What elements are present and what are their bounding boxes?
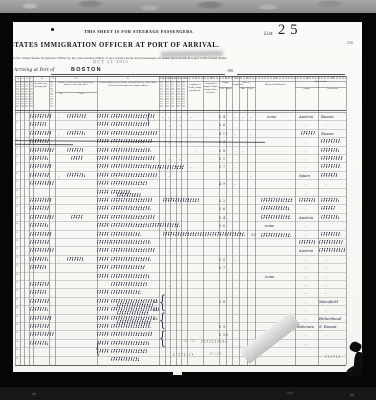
row-number: 13 [16, 215, 18, 217]
handwriting-scribble [30, 265, 46, 269]
header-fine-print [159, 77, 346, 78]
handwriting-scribble [71, 156, 83, 160]
table-row-line [15, 196, 346, 197]
ditto-mark: „ [234, 182, 236, 186]
table-row-line [15, 347, 346, 348]
ditto-mark: „ [305, 157, 307, 161]
handwritten-number: 5 1 [219, 157, 226, 161]
handwritten-number: 5 2 [219, 199, 226, 203]
handwriting-scribble [30, 248, 54, 252]
grouping-brace: { [95, 342, 100, 356]
handwriting-scribble [321, 232, 341, 236]
handwriting-scribble [97, 190, 109, 194]
ditto-mark: „ [305, 317, 307, 321]
handwriting-scribble [30, 232, 52, 236]
handwriting-scribble [111, 290, 141, 294]
table-row-line [15, 120, 346, 121]
table-row-line [15, 162, 346, 163]
ditto-mark: „ [173, 115, 175, 119]
handwriting-scribble [30, 332, 54, 336]
grouping-brace: { [159, 330, 166, 348]
handwriting-scribble [163, 198, 199, 202]
handwriting-scribble [111, 349, 147, 353]
handwritten-word: none [267, 114, 276, 119]
ditto-mark: „ [162, 132, 164, 136]
handwriting-scribble [97, 114, 109, 118]
row-number: 22 [16, 290, 18, 292]
ditto-mark: „ [305, 333, 307, 337]
table-row-line [15, 255, 346, 256]
pencil-note: 10 [183, 339, 187, 343]
handwriting-scribble [97, 265, 109, 269]
handwriting-scribble [299, 198, 315, 202]
handwriting-scribble [30, 173, 50, 177]
handwriting-scribble [67, 114, 87, 118]
header-label: Inches. [226, 88, 233, 91]
ditto-mark: „ [242, 115, 244, 119]
column-number: 21 [127, 77, 129, 80]
column-number: 20 [75, 77, 77, 80]
handwriting-scribble [111, 215, 155, 219]
table-row-line [15, 179, 346, 180]
table-header-line [15, 110, 346, 111]
ditto-mark: „ [305, 140, 307, 144]
header-label: Hair. [240, 88, 247, 91]
ditto-mark: „ [168, 249, 170, 253]
row-number: 14 [16, 223, 18, 225]
handwriting-scribble [97, 324, 109, 328]
table-row-line [15, 288, 346, 289]
table-column-line [346, 76, 347, 365]
column-number: 34 [332, 77, 334, 80]
header-vertical-text [25, 81, 29, 107]
handwriting-scribble [97, 156, 109, 160]
row-number: 7 [16, 164, 17, 166]
table-row-line [15, 263, 346, 264]
handwriting-scribble [111, 332, 153, 336]
row-number: 12 [16, 206, 18, 208]
handwritten-word: Spain [299, 173, 310, 178]
header-vertical-text [182, 81, 186, 107]
manifest-table: 1234567891011121314151617181920212223242… [13, 22, 362, 372]
handwriting-scribble [97, 307, 109, 311]
row-number: 26 [16, 324, 18, 326]
handwriting-scribble [301, 131, 315, 135]
ditto-mark: „ [58, 115, 60, 119]
handwriting-scribble [30, 122, 46, 126]
pencil-scribble [325, 355, 341, 358]
handwriting-scribble [163, 232, 245, 236]
handwriting-scribble [97, 223, 109, 227]
row-number: 10 [16, 190, 18, 192]
handwriting-scribble [111, 223, 149, 227]
handwriting-scribble [97, 232, 109, 236]
handwriting-scribble [97, 131, 109, 135]
header-vertical-text [16, 81, 20, 107]
header-label: No. [56, 93, 66, 96]
handwriting-scribble [111, 265, 145, 269]
handwriting-scribble [97, 164, 109, 168]
ditto-mark: „ [190, 115, 192, 119]
row-number: 18 [16, 257, 18, 259]
handwriting-scribble [111, 164, 151, 168]
column-number: 18 [41, 77, 43, 80]
handwriting-scribble [111, 232, 141, 236]
handwriting-scribble [321, 156, 343, 160]
ditto-mark: „ [325, 266, 327, 270]
handwriting-scribble [97, 248, 109, 252]
handwriting-scribble [111, 173, 157, 177]
handwriting-scribble [111, 357, 139, 361]
ditto-mark: „ [168, 157, 170, 161]
handwriting-scribble [299, 240, 315, 244]
ditto-mark: „ [234, 132, 236, 136]
handwriting-scribble [111, 131, 157, 135]
handwriting-scribble [97, 148, 109, 152]
handwriting-scribble [30, 290, 46, 294]
header-vertical-text [176, 81, 180, 107]
header-vertical-text [160, 81, 164, 107]
ditto-mark: „ [179, 123, 181, 127]
ditto-mark: „ [305, 300, 307, 304]
column-number: 29 [225, 77, 227, 80]
handwritten-word: none [265, 274, 274, 279]
ditto-mark: „ [196, 149, 198, 153]
handwritten-number: 5 8 [219, 300, 226, 304]
handwriting-scribble [30, 307, 48, 311]
handwritten-word: Austria [299, 215, 313, 220]
ditto-mark: „ [305, 182, 307, 186]
table-row-line [15, 129, 346, 130]
handwriting-scribble [97, 198, 109, 202]
handwriting-scribble [30, 198, 52, 202]
handwriting-scribble [319, 240, 343, 244]
handwritten-word: Birkenhead [319, 316, 341, 321]
handwritten-word: none [265, 223, 274, 228]
handwriting-scribble [30, 206, 50, 210]
handwriting-scribble [30, 181, 54, 185]
header-label: Color of — [240, 82, 255, 85]
handwriting-scribble [97, 215, 109, 219]
ditto-mark: „ [168, 115, 170, 119]
table-row-line [15, 146, 346, 147]
handwriting-scribble [321, 173, 337, 177]
ditto-mark: „ [305, 266, 307, 270]
handwritten-number: 5 10 [219, 333, 228, 337]
header-label: By whom was passage paid? [34, 83, 49, 89]
ditto-mark: „ [58, 149, 60, 153]
ditto-mark: „ [325, 182, 327, 186]
ditto-mark: „ [305, 149, 307, 153]
ditto-mark: „ [325, 258, 327, 262]
handwriting-scribble [30, 341, 48, 345]
handwritten-number: 5 7 [219, 266, 226, 270]
row-number: 2 [16, 122, 17, 124]
handwriting-scribble [30, 324, 50, 328]
handwriting-scribble [67, 148, 83, 152]
ditto-mark: „ [325, 291, 327, 295]
ditto-mark: „ [305, 233, 307, 237]
table-row-line [15, 230, 346, 231]
header-label: Deformed or crippled. Nature, length of … [204, 83, 219, 94]
column-number: 26 [184, 77, 186, 80]
column-number: 22 [161, 77, 163, 80]
pencil-note: 17 [191, 339, 195, 343]
table-row-line [15, 330, 346, 331]
handwriting-scribble [111, 282, 147, 286]
handwriting-scribble [97, 290, 109, 294]
ditto-mark: „ [58, 258, 60, 262]
handwriting-scribble [97, 332, 109, 336]
table-header-line [15, 365, 346, 366]
header-label: Feet. [220, 88, 226, 91]
table-row-line [15, 272, 346, 273]
table-row-line [15, 246, 346, 247]
header-vertical-text [29, 81, 33, 107]
row-number: 20 [16, 274, 18, 276]
handwriting-scribble [97, 299, 109, 303]
header-label: Complexion. [232, 84, 239, 87]
column-number: 33 [306, 77, 308, 80]
grouping-brace: { [146, 112, 151, 124]
header-label: Condition of health, mental and physical… [188, 84, 203, 93]
handwriting-scribble [71, 215, 83, 219]
ditto-mark: „ [250, 132, 252, 136]
handwriting-scribble [150, 223, 180, 227]
paper-notch [173, 371, 182, 375]
ditto-mark: „ [305, 308, 307, 312]
ditto-mark: „ [305, 191, 307, 195]
handwriting-scribble [321, 206, 335, 210]
ditto-mark: „ [325, 333, 327, 337]
ditto-mark: „ [305, 224, 307, 228]
row-number: 5 [16, 148, 17, 150]
handwriting-scribble [117, 311, 149, 315]
handwritten-number: 5 4 [219, 115, 226, 119]
handwriting-scribble [97, 257, 109, 261]
column-number: 23 [167, 77, 169, 80]
table-row-line [15, 297, 346, 298]
ditto-mark: „ [325, 123, 327, 127]
handwriting-scribble [30, 131, 52, 135]
column-number: 14 [17, 77, 19, 80]
header-vertical-text [171, 81, 175, 107]
handwritten-word: Mansfield [319, 299, 338, 304]
handwritten-number: 10 [251, 233, 256, 237]
row-number: 15 [16, 232, 18, 234]
header-vertical-text [20, 81, 24, 107]
row-number: 11 [16, 198, 18, 200]
header-label: Whether going to join a relative or frie… [99, 82, 157, 88]
row-number: 25 [16, 316, 18, 318]
ditto-mark: „ [234, 258, 236, 262]
handwritten-word: Austria [299, 114, 313, 119]
handwritten-number: 5 6 [219, 207, 226, 211]
ditto-mark: „ [305, 207, 307, 211]
handwriting-scribble [67, 131, 85, 135]
header-label: Country. [296, 88, 318, 91]
handwritten-number: 5 5 [219, 258, 226, 262]
handwriting-scribble [261, 206, 289, 210]
ditto-mark: „ [234, 165, 236, 169]
ditto-mark: „ [179, 157, 181, 161]
ditto-mark: „ [234, 115, 236, 119]
handwriting-scribble [30, 148, 54, 152]
row-number: 9 [16, 181, 17, 183]
handwriting-scribble [30, 257, 48, 261]
handwriting-scribble [30, 299, 50, 303]
row-number: 19 [16, 265, 18, 267]
handwriting-scribble [30, 223, 48, 227]
header-label: City or town. [319, 88, 347, 91]
ditto-mark: „ [234, 149, 236, 153]
row-number: 28 [16, 341, 18, 343]
ditto-mark: „ [325, 308, 327, 312]
ditto-mark: „ [305, 258, 307, 262]
handwriting-scribble [111, 240, 151, 244]
ditto-mark: „ [305, 291, 307, 295]
column-number: 16 [26, 77, 28, 80]
table-row-line [15, 188, 346, 189]
handwriting-scribble [97, 206, 109, 210]
handwriting-scribble [319, 248, 345, 252]
scan-bottom-edge [0, 387, 376, 400]
table-row-line [15, 314, 346, 315]
header-label: Eyes. [247, 88, 255, 91]
handwriting-scribble [111, 257, 151, 261]
ditto-mark: „ [305, 275, 307, 279]
row-number: 30 [16, 358, 18, 360]
handwriting-scribble [97, 122, 109, 126]
pencil-note: 27 | 28 [209, 352, 221, 356]
handwritten-number: 4 9 [219, 182, 226, 186]
pencil-scribble [173, 353, 193, 356]
row-number: 6 [16, 156, 17, 158]
handwritten-number: 5 0 [219, 224, 226, 228]
header-vertical-text [165, 81, 169, 107]
ditto-mark: „ [242, 149, 244, 153]
row-number: 16 [16, 240, 18, 242]
table-row-line [15, 204, 346, 205]
ditto-mark: „ [58, 132, 60, 136]
column-number: 30 [235, 77, 237, 80]
ditto-mark: „ [305, 165, 307, 169]
table-row-line [15, 221, 346, 222]
ditto-mark: „ [179, 115, 181, 119]
handwriting-scribble [30, 316, 52, 320]
handwritten-word: S. Russia [319, 324, 337, 329]
handwriting-scribble [30, 114, 52, 118]
handwriting-scribble [117, 193, 141, 197]
ditto-mark: „ [325, 275, 327, 279]
handwritten-number: 5 4 [219, 216, 226, 220]
handwritten-word: Austria [299, 248, 313, 253]
pencil-scribble [201, 340, 227, 343]
ditto-mark: „ [305, 283, 307, 287]
handwriting-scribble [261, 215, 291, 219]
handwriting-scribble [321, 198, 339, 202]
table-row-line [15, 154, 346, 155]
handwriting-scribble [67, 173, 85, 177]
table-row-line [15, 213, 346, 214]
column-number: 19 [52, 77, 54, 80]
handwriting-scribble [30, 240, 50, 244]
torn-paper-top-edge [0, 0, 376, 13]
ditto-mark: „ [325, 283, 327, 287]
handwritten-number: 5 7 [219, 165, 226, 169]
ditto-mark: „ [58, 174, 60, 178]
ditto-mark: „ [168, 283, 170, 287]
table-header-line [15, 112, 346, 113]
handwriting-scribble [111, 122, 149, 126]
table-row-line [15, 305, 346, 306]
handwritten-word: Russia [321, 114, 334, 119]
ditto-mark: „ [250, 115, 252, 119]
ditto-mark: „ [162, 115, 164, 119]
handwriting-scribble [30, 215, 54, 219]
handwritten-word: Russia [321, 131, 334, 136]
handwriting-scribble [321, 215, 339, 219]
handwritten-number: 4 11 [219, 132, 228, 136]
handwriting-scribble [111, 206, 151, 210]
handwriting-scribble [67, 257, 83, 261]
header-vertical-text [50, 81, 54, 107]
handwriting-scribble [150, 165, 184, 169]
column-number: 32 [275, 77, 277, 80]
ditto-mark: „ [250, 174, 252, 178]
column-number: 17 [30, 77, 32, 80]
scanned-manifest-page: THIS SHEET IS FOR STEERAGE PASSENGERS. L… [0, 0, 376, 400]
column-number: 28 [211, 77, 213, 80]
row-number: 8 [16, 173, 17, 175]
ditto-mark: „ [173, 132, 175, 136]
ditto-mark: „ [168, 174, 170, 178]
ditto-mark: „ [190, 132, 192, 136]
handwriting-scribble [97, 274, 109, 278]
header-label: 1 Year. [75, 93, 87, 96]
column-number: 24 [172, 77, 174, 80]
ditto-mark: „ [305, 342, 307, 346]
handwriting-scribble [97, 316, 109, 320]
ditto-mark: „ [305, 123, 307, 127]
row-number: 29 [16, 349, 18, 351]
row-number: 24 [16, 307, 18, 309]
column-number: 25 [178, 77, 180, 80]
header-label: Height. [220, 82, 232, 85]
table-row-line [15, 137, 346, 138]
header-label: Marks of identification. [256, 84, 295, 87]
handwriting-scribble [97, 173, 109, 177]
handwriting-scribble [321, 139, 341, 143]
row-number: 3 [16, 131, 17, 133]
row-number: 23 [16, 299, 18, 301]
row-number: 17 [16, 248, 18, 250]
row-number: 27 [16, 332, 18, 334]
column-number: 15 [21, 77, 23, 80]
row-number: 1 [16, 114, 17, 116]
table-row-line [15, 238, 346, 239]
column-number: 27 [195, 77, 197, 80]
handwriting-scribble [261, 233, 291, 237]
handwriting-scribble [111, 198, 153, 202]
handwriting-scribble [261, 198, 293, 202]
ditto-mark: „ [168, 123, 170, 127]
handwriting-scribble [30, 156, 48, 160]
handwriting-scribble [111, 156, 155, 160]
column-number: 31 [247, 77, 249, 80]
handwritten-number: 5 6 [219, 123, 226, 127]
header-label: Place of birth. [296, 81, 347, 84]
